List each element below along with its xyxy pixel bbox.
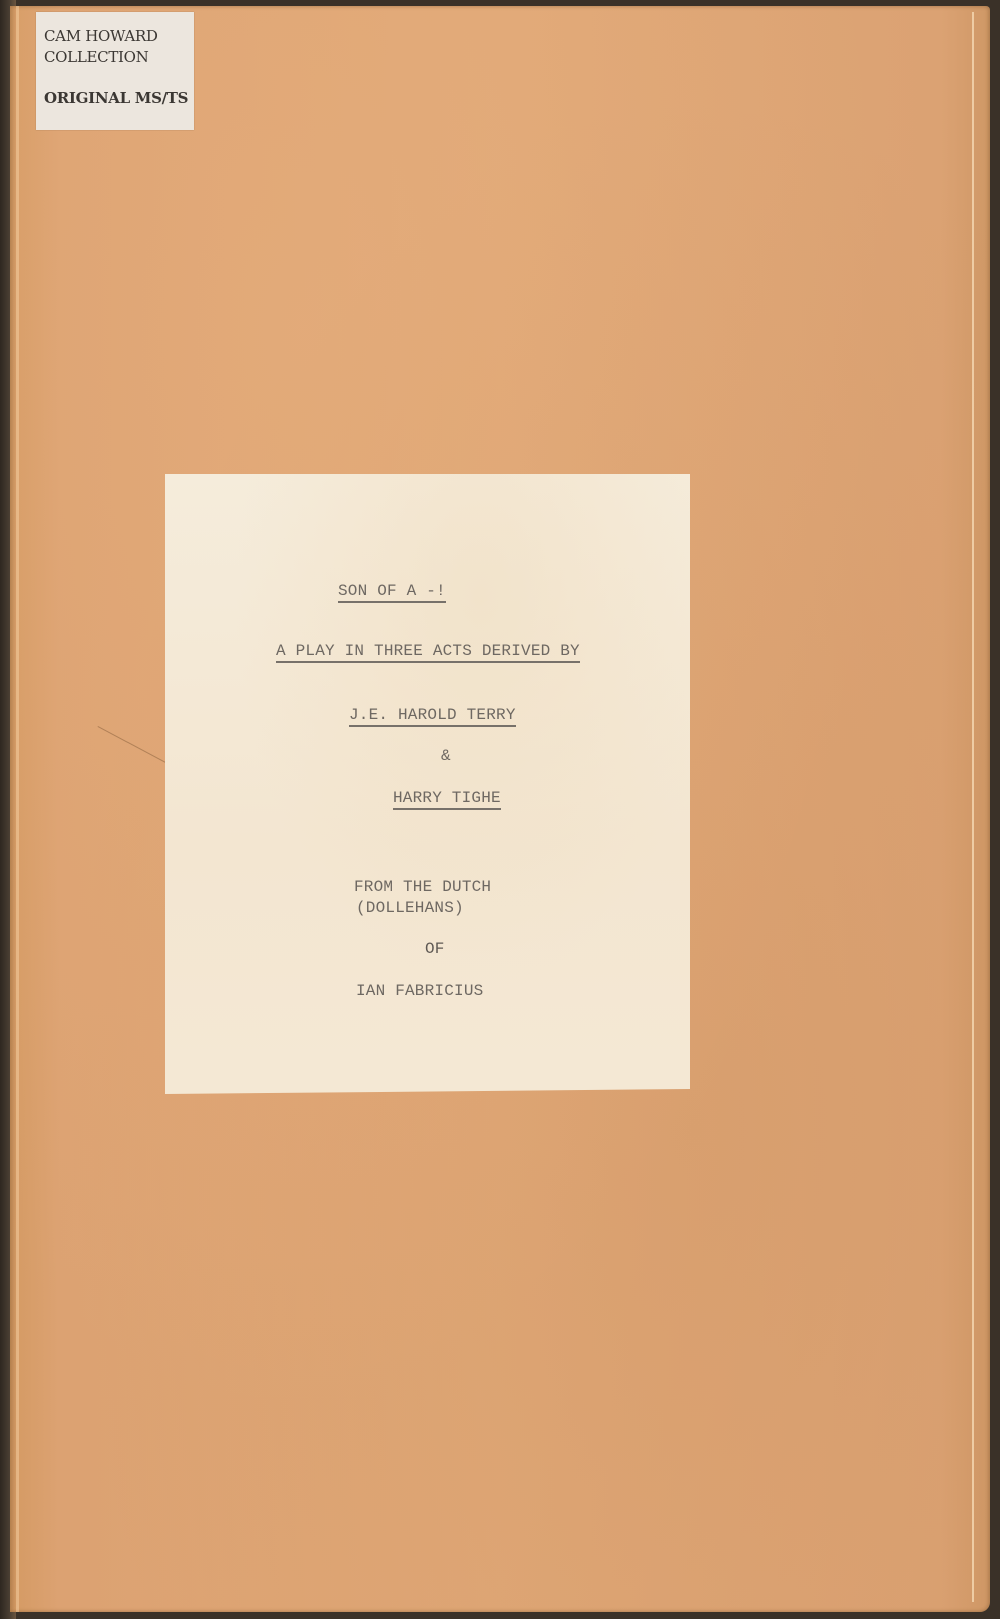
play-title: SON OF A -! [338, 582, 446, 603]
label-line-original: ORIGINAL MS/TS [44, 89, 188, 107]
of-line: OF [425, 940, 445, 958]
collection-label: CAM HOWARD COLLECTION ORIGINAL MS/TS [36, 12, 194, 130]
play-subtitle: A PLAY IN THREE ACTS DERIVED BY [276, 642, 580, 663]
source-line-2: (DOLLEHANS) [356, 899, 464, 917]
author-2: HARRY TIGHE [393, 789, 501, 810]
label-line-collection-name: CAM HOWARD [44, 27, 158, 45]
title-page-sheet: SON OF A -! A PLAY IN THREE ACTS DERIVED… [165, 474, 690, 1094]
label-line-collection: COLLECTION [44, 48, 148, 66]
source-line-1: FROM THE DUTCH [354, 878, 491, 896]
ampersand: & [441, 747, 451, 765]
scuff-mark [79, 726, 169, 800]
author-1: J.E. HAROLD TERRY [349, 706, 516, 727]
original-author: IAN FABRICIUS [356, 982, 483, 1000]
